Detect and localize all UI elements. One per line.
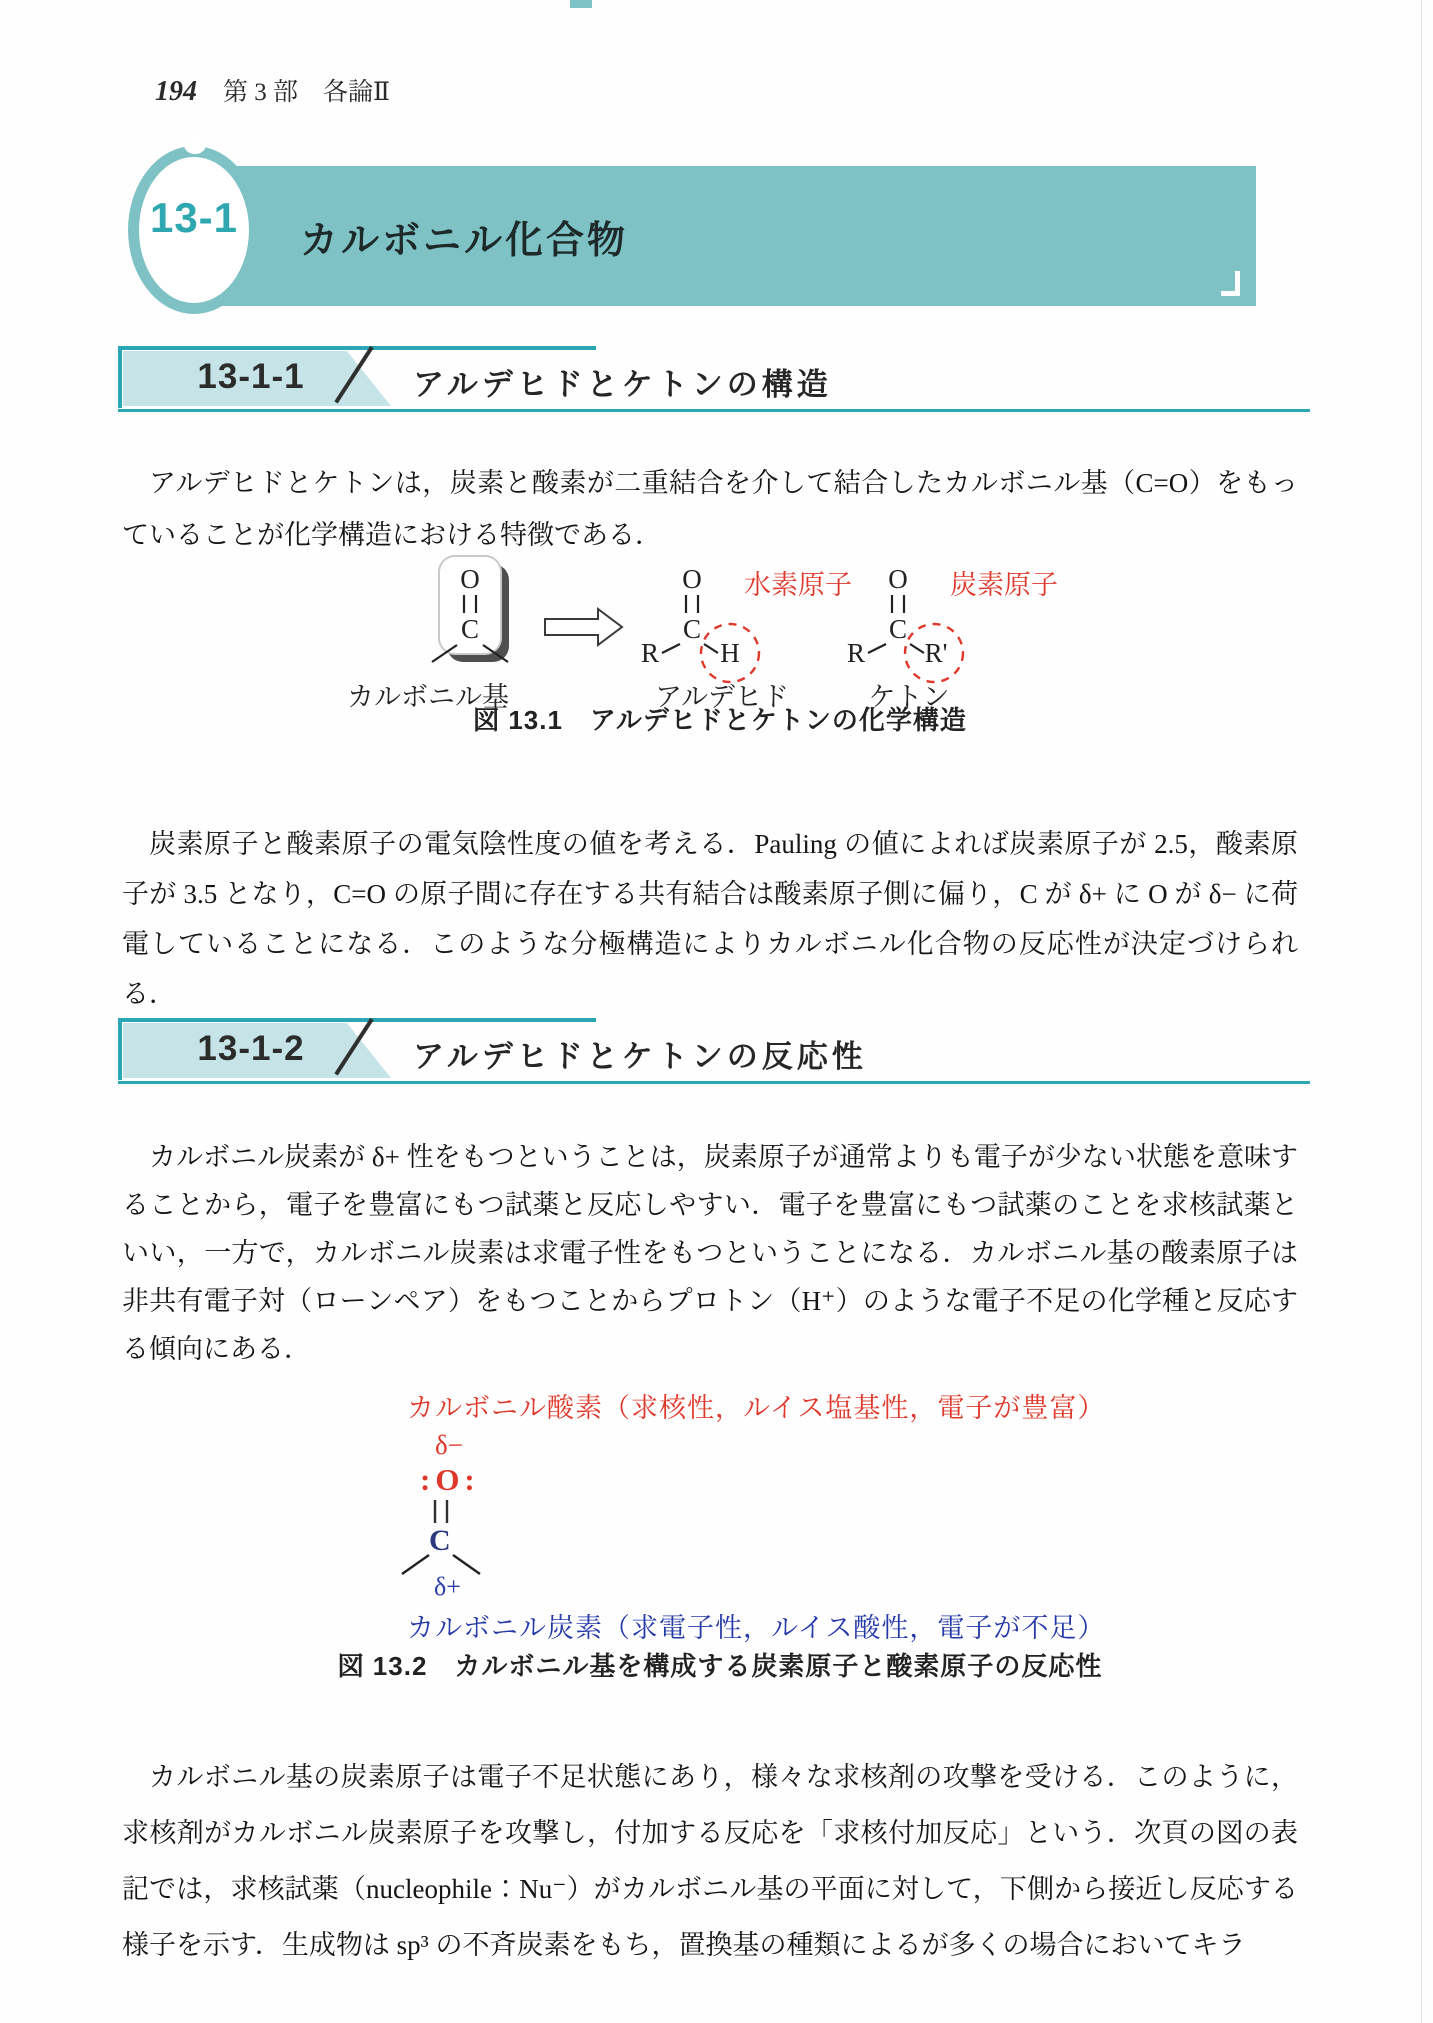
corner-bracket-icon (1221, 271, 1240, 296)
carbonyl-carbon-atom: C (429, 1524, 451, 1558)
body-paragraph-1: アルデヒドとケトンは，炭素と酸素が二重結合を介して結合したカルボニル基（C=O）… (122, 457, 1298, 561)
page-header: 194第 3 部 各論Ⅱ (155, 72, 390, 108)
carbonyl-c: C (461, 614, 479, 644)
subsection-left-rule (118, 1018, 122, 1080)
delta-plus-label: δ+ (434, 1572, 461, 1602)
section-number-circle: 13-1 (128, 146, 260, 314)
body-paragraph-4: カルボニル基の炭素原子は電子不足状態にあり，様々な求核剤の攻撃を受ける．このよう… (122, 1749, 1298, 1973)
subsection-bottom-rule (118, 409, 1310, 412)
aldehyde-c: C (683, 614, 701, 644)
body-paragraph-3: カルボニル炭素が δ+ 性をもつということは，炭素原子が通常よりも電子が少ない状… (122, 1133, 1298, 1373)
ketone-r-prime: R' (925, 638, 948, 668)
carbonyl-oxygen-note: カルボニル酸素（求核性，ルイス塩基性，電子が豊富） (407, 1386, 1100, 1425)
page-number: 194 (155, 76, 197, 107)
textbook-page: 194第 3 部 各論Ⅱ カルボニル化合物 13-1 13-1-1 アルデヒドと… (0, 0, 1433, 2023)
subsection-top-rule (118, 346, 596, 350)
figure-13-2-caption: 図 13.2 カルボニル基を構成する炭素原子と酸素原子の反応性 (300, 1646, 1140, 1683)
section-banner: カルボニル化合物 (180, 166, 1256, 306)
ketone-o: O (888, 564, 908, 594)
aldehyde-o: O (682, 564, 702, 594)
body-paragraph-2: 炭素原子と酸素原子の電気陰性度の値を考える．Pauling の値によれば炭素原子… (122, 819, 1298, 1019)
carbon-annotation: 炭素原子 (950, 570, 1058, 600)
circle-notch (184, 136, 206, 154)
ketone-r: R (847, 638, 865, 668)
carbonyl-o: O (460, 564, 480, 594)
figure-13-1: O C O C R H 水素原子 O C R (340, 548, 1100, 720)
subsection-number: 13-1-1 (146, 357, 356, 397)
subsection-header-1: 13-1-1 アルデヒドとケトンの構造 (118, 346, 1310, 412)
scan-edge-line (1421, 0, 1422, 2023)
figure-13-1-drawing: O C O C R H 水素原子 O C R (340, 548, 1100, 720)
single-bond (910, 644, 924, 653)
subsection-number: 13-1-2 (146, 1029, 356, 1069)
figure-13-1-caption: 図 13.1 アルデヒドとケトンの化学構造 (300, 700, 1140, 737)
subsection-title: アルデヒドとケトンの構造 (413, 359, 832, 404)
subsection-title: アルデヒドとケトンの反応性 (413, 1031, 867, 1076)
subsection-left-rule (118, 346, 122, 408)
section-title: カルボニル化合物 (300, 209, 628, 264)
single-bond (662, 644, 680, 653)
single-bond (402, 1555, 429, 1574)
arrow-right-icon (545, 609, 622, 645)
aldehyde-r: R (641, 638, 659, 668)
ketone-c: C (889, 614, 907, 644)
subsection-header-2: 13-1-2 アルデヒドとケトンの反応性 (118, 1018, 1310, 1084)
running-head: 第 3 部 各論Ⅱ (223, 79, 390, 106)
hydrogen-annotation: 水素原子 (744, 570, 852, 600)
scan-edge-tick (570, 0, 592, 8)
section-number: 13-1 (150, 194, 238, 242)
single-bond (868, 644, 886, 653)
subsection-top-rule (118, 1018, 596, 1022)
carbonyl-carbon-note: カルボニル炭素（求電子性，ルイス酸性，電子が不足） (407, 1606, 1100, 1645)
figure-13-2: カルボニル酸素（求核性，ルイス塩基性，電子が豊富） δ− :O: C δ+ カル… (340, 1380, 1100, 1640)
subsection-bottom-rule (118, 1081, 1310, 1084)
aldehyde-h: H (720, 638, 740, 668)
single-bond (704, 644, 718, 653)
delta-minus-label: δ− (435, 1430, 463, 1461)
oxygen-lone-pairs: :O: (420, 1462, 480, 1498)
